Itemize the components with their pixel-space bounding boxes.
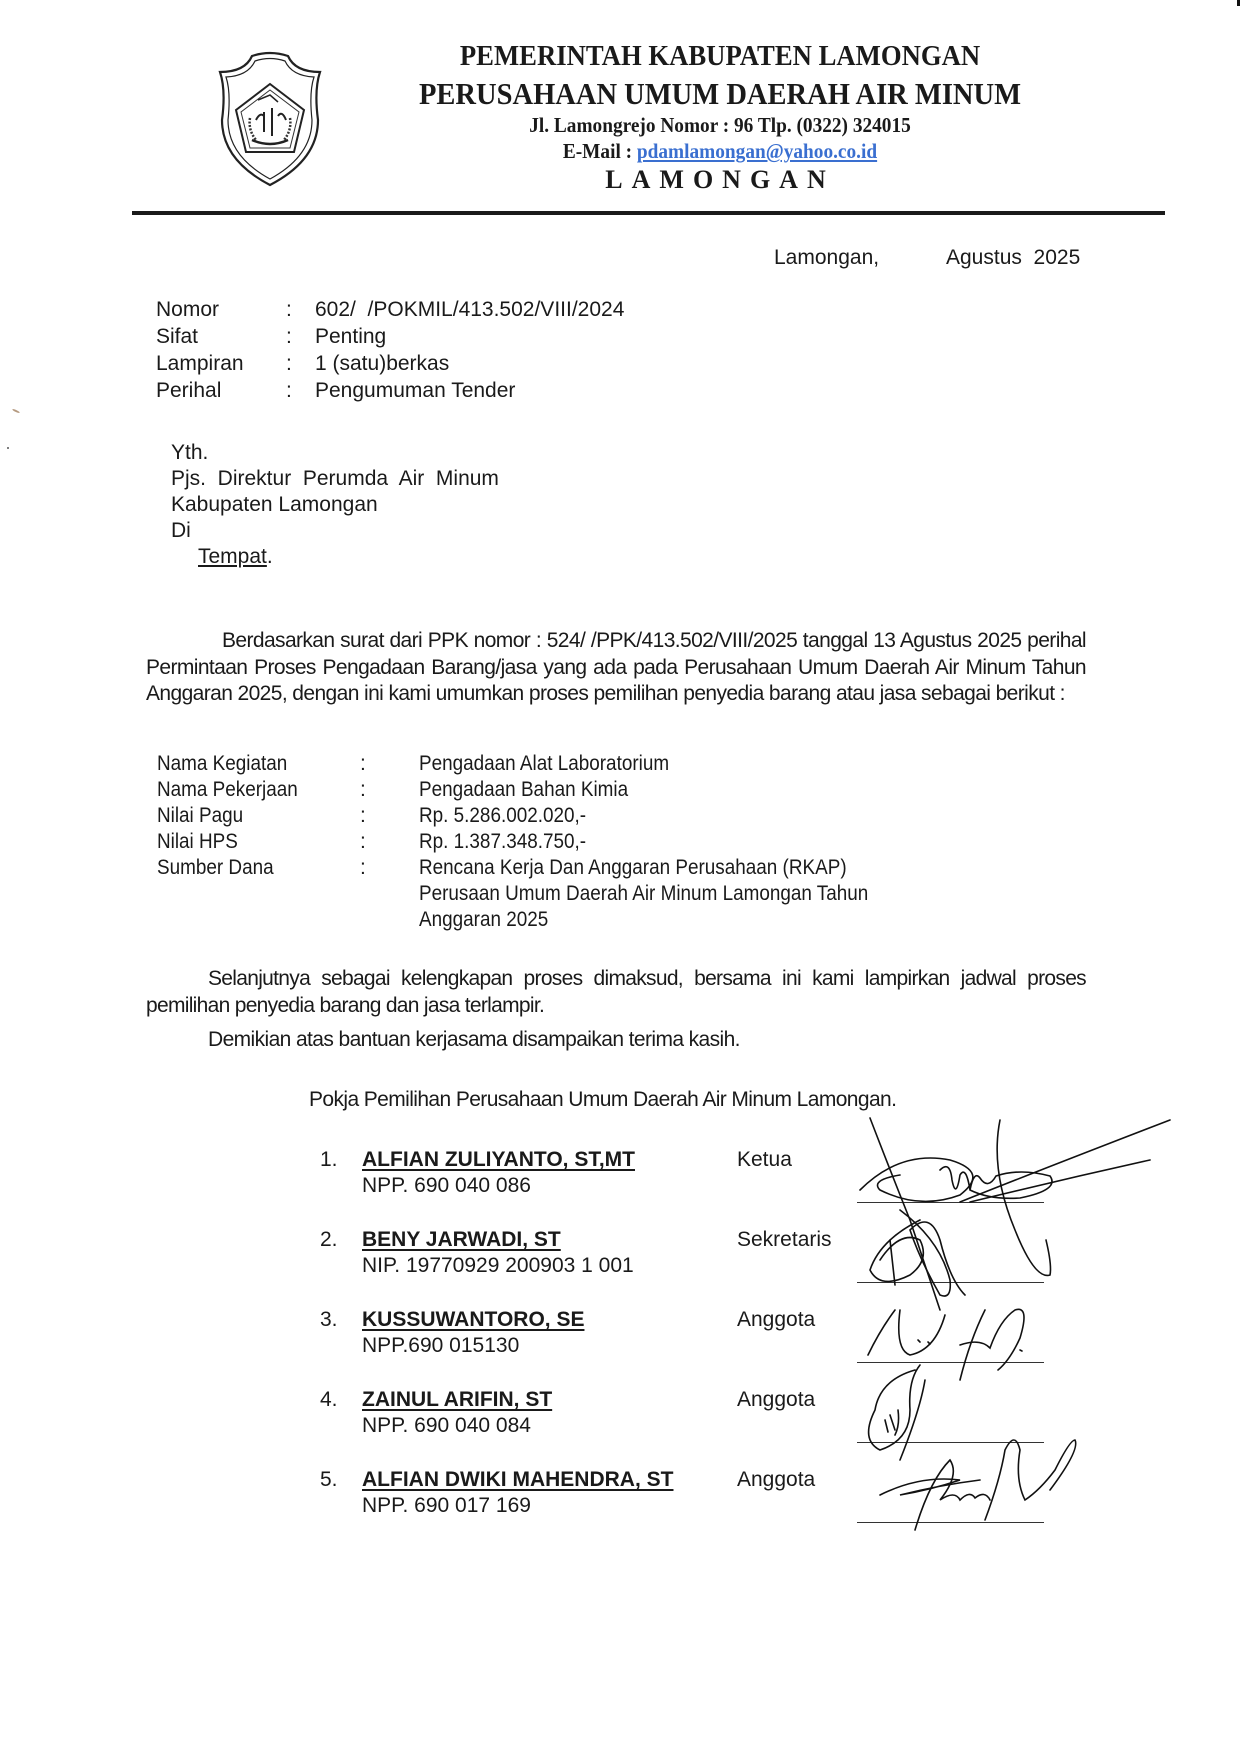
meta-label-lampiran: Lampiran — [156, 352, 244, 376]
detail-value-kegiatan: Pengadaan Alat Laboratorium — [419, 752, 669, 776]
detail-colon: : — [360, 752, 366, 776]
letterhead-email-line: E-Mail : pdamlamongan@yahoo.co.id — [398, 139, 1042, 164]
detail-label-sumber-dana: Sumber Dana — [157, 856, 274, 880]
date-city: Lamongan, — [774, 246, 879, 270]
scan-artifact — [12, 408, 20, 413]
meta-label-nomor: Nomor — [156, 298, 219, 322]
member-role: Anggota — [737, 1308, 815, 1332]
member-role: Anggota — [737, 1468, 815, 1492]
meta-value-nomor: 602/ /POKMIL/413.502/VIII/2024 — [315, 298, 624, 322]
detail-label-kegiatan: Nama Kegiatan — [157, 752, 287, 776]
detail-label-hps: Nilai HPS — [157, 830, 238, 854]
meta-value-perihal: Pengumuman Tender — [315, 379, 515, 403]
member-number: 5. — [320, 1468, 338, 1492]
member-number: 1. — [320, 1148, 338, 1172]
regency-coat-of-arms-icon — [200, 50, 340, 190]
member-name: BENY JARWADI, ST — [362, 1228, 561, 1252]
letterhead-divider — [132, 211, 1165, 215]
detail-value-sumber-dana-1: Rencana Kerja Dan Anggaran Perusahaan (R… — [419, 856, 847, 880]
letterhead-company: PERUSAHAAN UMUM DAERAH AIR MINUM — [361, 76, 1079, 112]
meta-label-sifat: Sifat — [156, 325, 198, 349]
addressee-salutation: Yth. — [171, 441, 208, 465]
detail-colon: : — [360, 856, 366, 880]
member-id: NPP. 690 040 084 — [362, 1414, 531, 1438]
member-number: 3. — [320, 1308, 338, 1332]
member-name: ALFIAN ZULIYANTO, ST,MT — [362, 1148, 635, 1172]
addressee-title: Pjs. Direktur Perumda Air Minum — [171, 467, 499, 491]
member-id: NPP.690 015130 — [362, 1334, 519, 1358]
member-number: 2. — [320, 1228, 338, 1252]
detail-value-pekerjaan: Pengadaan Bahan Kimia — [419, 778, 628, 802]
member-role: Anggota — [737, 1388, 815, 1412]
meta-value-lampiran: 1 (satu)berkas — [315, 352, 449, 376]
meta-colon: : — [286, 298, 292, 322]
member-name: KUSSUWANTORO, SE — [362, 1308, 584, 1332]
detail-colon: : — [360, 830, 366, 854]
meta-label-perihal: Perihal — [156, 379, 221, 403]
date-month-year: Agustus 2025 — [946, 246, 1080, 270]
detail-value-sumber-dana-3: Anggaran 2025 — [419, 908, 548, 932]
meta-colon: : — [286, 352, 292, 376]
member-name: ZAINUL ARIFIN, ST — [362, 1388, 552, 1412]
letterhead-address: Jl. Lamongrejo Nomor : 96 Tlp. (0322) 32… — [398, 113, 1042, 138]
meta-value-sifat: Penting — [315, 325, 386, 349]
email-label: E-Mail : — [563, 139, 637, 163]
detail-label-pekerjaan: Nama Pekerjaan — [157, 778, 298, 802]
place-text: Tempat — [198, 545, 267, 568]
body-paragraph-attachment: Selanjutnya sebagai kelengkapan proses d… — [146, 966, 1086, 1019]
committee-name: Pokja Pemilihan Perusahaan Umum Daerah A… — [309, 1088, 896, 1112]
addressee-place: Tempat. — [198, 545, 273, 569]
member-id: NPP. 690 017 169 — [362, 1494, 531, 1518]
place-suffix: . — [267, 545, 273, 568]
detail-value-hps: Rp. 1.387.348.750,- — [419, 830, 586, 854]
scan-artifact — [7, 447, 9, 449]
member-role: Ketua — [737, 1148, 792, 1172]
detail-colon: : — [360, 778, 366, 802]
member-id: NIP. 19770929 200903 1 001 — [362, 1254, 634, 1278]
letterhead-government: PEMERINTAH KABUPATEN LAMONGAN — [398, 40, 1042, 73]
letterhead-city: LAMONGAN — [370, 165, 1070, 195]
email-link[interactable]: pdamlamongan@yahoo.co.id — [637, 139, 877, 163]
addressee-di: Di — [171, 519, 191, 543]
handwritten-signatures-icon — [840, 1080, 1240, 1540]
member-id: NPP. 690 040 086 — [362, 1174, 531, 1198]
detail-label-pagu: Nilai Pagu — [157, 804, 243, 828]
member-role: Sekretaris — [737, 1228, 832, 1252]
meta-colon: : — [286, 325, 292, 349]
member-name: ALFIAN DWIKI MAHENDRA, ST — [362, 1468, 673, 1492]
detail-colon: : — [360, 804, 366, 828]
body-paragraph-intro: Berdasarkan surat dari PPK nomor : 524/ … — [146, 628, 1086, 708]
member-number: 4. — [320, 1388, 338, 1412]
addressee-region: Kabupaten Lamongan — [171, 493, 378, 517]
body-closing: Demikian atas bantuan kerjasama disampai… — [208, 1028, 740, 1052]
meta-colon: : — [286, 379, 292, 403]
detail-value-pagu: Rp. 5.286.002.020,- — [419, 804, 586, 828]
detail-value-sumber-dana-2: Perusaan Umum Daerah Air Minum Lamongan … — [419, 882, 868, 906]
